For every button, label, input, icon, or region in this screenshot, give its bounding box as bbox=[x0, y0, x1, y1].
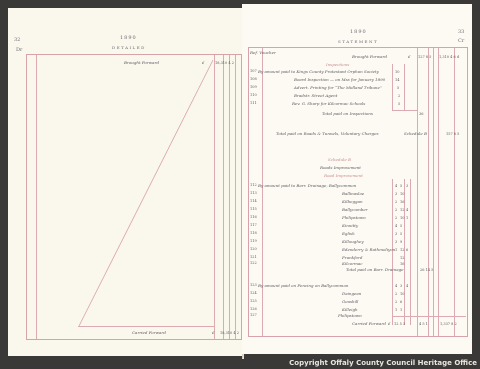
carried-forward-amount: 18,310 4 2 bbox=[220, 331, 239, 335]
ref-col-header: Ref. Voucher bbox=[250, 50, 276, 55]
amount-col-rule bbox=[438, 48, 439, 336]
currency-symbol: £ bbox=[408, 54, 411, 59]
amount-col-rule bbox=[454, 48, 455, 336]
entry-text: Rev. G. Sharp for Kilcormac Schools bbox=[292, 101, 365, 106]
entry-amount: 1 bbox=[395, 308, 397, 312]
subtotal-label: Total paid on Inspections bbox=[322, 111, 373, 116]
entry-amount: 5 bbox=[398, 102, 400, 106]
entry-ref: 110 bbox=[250, 93, 257, 97]
ledger-spread: 32 Dr 1890 DETAILED Brought Forward £ 18… bbox=[4, 4, 476, 359]
entry-amount: 3 bbox=[395, 240, 397, 244]
entry-text: Daingean bbox=[342, 291, 361, 296]
entry-text: Board Inspection — on Mss for January 18… bbox=[294, 77, 385, 82]
entry-ref: 122 bbox=[250, 261, 257, 265]
entry-ref: 108 bbox=[250, 77, 257, 81]
brought-forward-amount: 1,310 4 6 bbox=[439, 55, 456, 59]
entry-amount: 9 bbox=[400, 240, 402, 244]
entry-text: Killoughey bbox=[342, 239, 364, 244]
entry-amount: 3 bbox=[395, 232, 397, 236]
entry-ref: 124 bbox=[250, 291, 257, 295]
currency-symbol: £ bbox=[388, 321, 391, 326]
entry-amount: 6 bbox=[400, 300, 402, 304]
entry-ref: 115 bbox=[250, 207, 257, 211]
entry-amount: 2 bbox=[395, 208, 397, 212]
entry-amount: 1 bbox=[406, 216, 408, 220]
carried-forward-amount: 12 5 3 bbox=[394, 322, 405, 326]
entry-amount: 4 bbox=[395, 224, 397, 228]
entry-text: By amount paid on Fencing on Ballycommon bbox=[258, 283, 348, 288]
entry-text: Ballycumber bbox=[342, 207, 368, 212]
total-line-label: Total paid on Roads & Tunnels, Voluntary… bbox=[276, 131, 379, 136]
entry-text: Advert. Printing for “The Midland Tribun… bbox=[294, 85, 382, 90]
entry-ref: 119 bbox=[250, 239, 257, 243]
entry-amount: 12 bbox=[400, 208, 404, 212]
entry-amount: 10 bbox=[400, 216, 404, 220]
entry-amount: 12 bbox=[400, 248, 404, 252]
carried-forward-amount: 1,337 8 2 bbox=[440, 322, 457, 326]
entry-ref: 121 bbox=[250, 255, 257, 259]
schedule-label: Schedule B bbox=[404, 131, 427, 136]
entry-amount: 5 bbox=[400, 184, 402, 188]
entry-amount: 5 bbox=[400, 224, 402, 228]
subtotal-amount: 36 bbox=[419, 112, 423, 116]
entry-ref: 114 bbox=[250, 199, 257, 203]
entry-text: By amount paid to Kings County Protestan… bbox=[258, 69, 379, 74]
entry-text: Bradstr. Street Agent bbox=[294, 93, 337, 98]
carried-forward-label: Carried Forward bbox=[132, 330, 166, 335]
right-page: 33 Cr 1890 STATEMENT Ref. Voucher Brough… bbox=[242, 4, 472, 354]
brought-forward-label: Brought Forward bbox=[124, 60, 159, 65]
entry-amount: 4 bbox=[395, 184, 397, 188]
entry-text: Killeigh bbox=[342, 307, 358, 312]
page-title: STATEMENT bbox=[338, 39, 378, 44]
entry-text: Ballinasloe bbox=[342, 191, 364, 196]
entry-ref: 127 bbox=[250, 313, 257, 317]
brought-forward-amount: 127 8 5 bbox=[418, 55, 431, 59]
total-line-amount: 157 8 5 bbox=[446, 132, 459, 136]
entry-text: Geashill bbox=[342, 299, 358, 304]
entry-amount: 10 bbox=[400, 192, 404, 196]
entry-ref: 113 bbox=[250, 191, 257, 195]
entry-amount: 10 bbox=[400, 292, 404, 296]
amount-col-rule bbox=[417, 48, 418, 336]
entry-amount: 4 bbox=[406, 208, 408, 212]
entry-amount: 2 bbox=[395, 292, 397, 296]
entry-ref: 107 bbox=[250, 69, 257, 73]
entry-ref: 126 bbox=[250, 307, 257, 311]
carried-forward-label: Carried Forward bbox=[352, 321, 386, 326]
entry-amount: 3 bbox=[406, 184, 408, 188]
entry-amount: 16 bbox=[400, 262, 404, 266]
inner-amount-rule bbox=[392, 179, 393, 325]
entry-ref: 111 bbox=[250, 101, 257, 105]
entry-text: By amount paid to Barr. Drainage, Ballyc… bbox=[258, 183, 356, 188]
entry-text: Edenderry & Rathmoliyon bbox=[342, 247, 395, 252]
entry-text: Frankford bbox=[342, 255, 362, 260]
schedule-heading: Schedule B bbox=[328, 157, 351, 162]
amount-col-rule bbox=[428, 48, 429, 336]
currency-symbol: £ bbox=[212, 330, 215, 335]
entry-ref: 116 bbox=[250, 215, 257, 219]
entry-text: Kinnitty bbox=[342, 223, 358, 228]
entry-amount: 5 bbox=[397, 86, 399, 90]
page-year: 1890 bbox=[350, 29, 367, 35]
carried-forward-rule bbox=[392, 316, 466, 317]
entry-amount: 1 bbox=[395, 248, 397, 252]
inner-amount-rule bbox=[410, 179, 411, 325]
brought-forward-amount: d bbox=[457, 55, 459, 59]
section-subsubheading: Road Improvement bbox=[324, 173, 363, 178]
entry-amount: 14 bbox=[395, 78, 399, 82]
entry-amount: 10 bbox=[395, 70, 399, 74]
entry-text: Kilbeggan bbox=[342, 199, 363, 204]
entry-amount: 6 bbox=[406, 248, 408, 252]
entry-amount: 4 bbox=[406, 284, 408, 288]
currency-symbol: £ bbox=[202, 60, 205, 65]
entry-amount: 2 bbox=[395, 300, 397, 304]
ref-col-rule bbox=[262, 48, 263, 336]
entry-ref: 112 bbox=[250, 183, 257, 187]
entry-ref: 125 bbox=[250, 299, 257, 303]
brought-forward-label: Brought Forward bbox=[352, 54, 387, 59]
entry-amount: 2 bbox=[398, 94, 400, 98]
copyright-watermark: Copyright Offaly County Council Heritage… bbox=[289, 359, 477, 367]
section-heading: Inspections bbox=[326, 62, 349, 67]
section-subheading: Roads Improvement bbox=[320, 165, 361, 170]
entry-ref: 118 bbox=[250, 231, 257, 235]
entry-amount: 1 bbox=[400, 308, 402, 312]
subtotal-amount: 26 14 5 bbox=[420, 268, 433, 272]
entry-amount: 16 bbox=[400, 200, 404, 204]
entry-ref: 120 bbox=[250, 247, 257, 251]
left-page: 32 Dr 1890 DETAILED Brought Forward £ 18… bbox=[8, 8, 242, 356]
entry-amount: 3 bbox=[395, 192, 397, 196]
entry-amount: 2 bbox=[395, 200, 397, 204]
entry-amount: 5 bbox=[400, 232, 402, 236]
entry-text: Philipstown bbox=[342, 215, 366, 220]
entry-amount: 3 bbox=[400, 284, 402, 288]
page-sub-mark: Cr bbox=[458, 38, 464, 44]
entry-text: Eglish bbox=[342, 231, 355, 236]
entry-text: Kilcormac bbox=[342, 261, 363, 266]
entry-amount: 12 bbox=[400, 256, 404, 260]
inner-amount-rule bbox=[404, 64, 405, 110]
entry-amount: 4 bbox=[395, 284, 397, 288]
entry-amount: 2 bbox=[395, 216, 397, 220]
carried-forward-amount: 4 5 1 bbox=[419, 322, 428, 326]
entry-ref: 117 bbox=[250, 223, 257, 227]
entry-ref: 123 bbox=[250, 283, 257, 287]
entry-text: Philipstown bbox=[338, 313, 362, 318]
brought-forward-amount: 18,310 4 2 bbox=[215, 61, 234, 65]
entry-ref: 109 bbox=[250, 85, 257, 89]
inner-amount-rule bbox=[392, 64, 393, 110]
subtotal-rule bbox=[392, 110, 417, 111]
page-number: 33 bbox=[458, 29, 464, 35]
amount-col-rule bbox=[433, 48, 434, 336]
subtotal-label: Total paid on Barr. Drainage bbox=[346, 267, 404, 272]
